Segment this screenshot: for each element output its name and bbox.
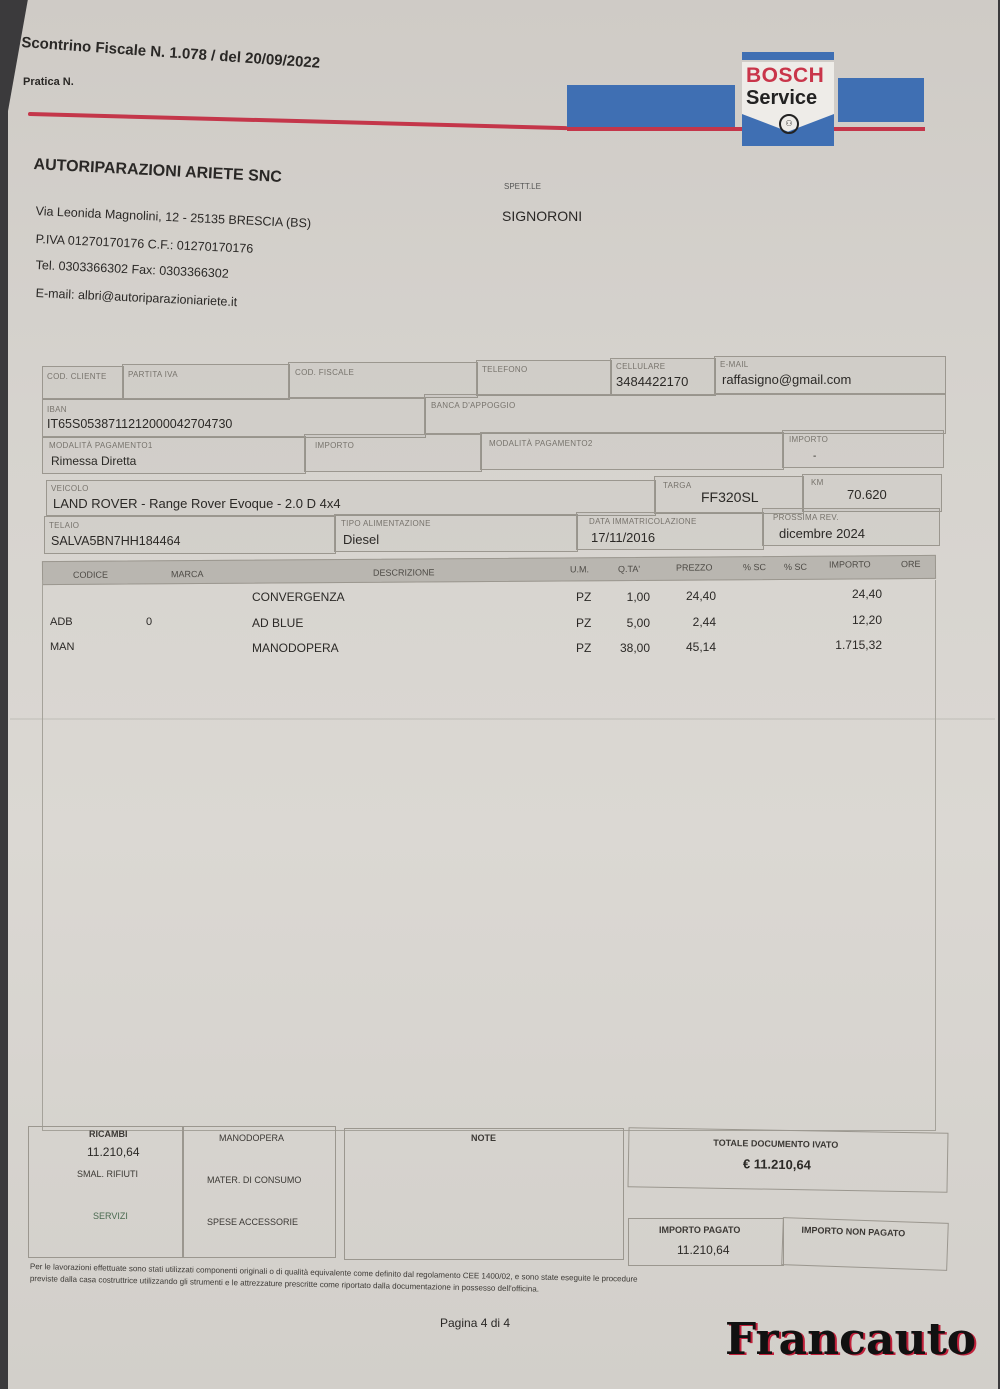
cell-importo: 12,20 [852, 613, 882, 627]
telaio-cell: Telaio SALVA5BN7HH184464 [44, 516, 336, 554]
cell-qta: 1,00 [627, 590, 650, 604]
telefono-cell: Telefono [476, 360, 612, 396]
cell-importo: 1.715,32 [835, 638, 882, 652]
items-body [42, 580, 936, 1131]
targa-value: FF320SL [701, 489, 759, 505]
totale-block: TOTALE DOCUMENTO IVATO € 11.210,64 [628, 1127, 949, 1193]
cell-codice: ADB [50, 616, 73, 628]
cell-importo: 24,40 [852, 587, 882, 601]
cellulare-value: 3484422170 [616, 374, 688, 389]
bosch-service-logo: BOSCH Service ⚇ [742, 52, 834, 146]
header-blue-band-left [567, 85, 735, 129]
note-block: NOTE [344, 1128, 624, 1260]
immatricolazione-value: 17/11/2016 [591, 530, 655, 545]
service-text: Service [746, 87, 817, 110]
revisione-value: dicembre 2024 [779, 526, 865, 541]
importo-pagato-block: IMPORTO PAGATO 11.210,64 [628, 1218, 784, 1266]
veicolo-cell: Veicolo LAND ROVER - Range Rover Evoque … [46, 480, 656, 516]
email-cell: E-mail raffasigno@gmail.com [714, 356, 946, 394]
partita-iva-cell: Partita IVA [122, 364, 290, 400]
importo-1-cell: Importo [304, 434, 482, 472]
cell-qta: 5,00 [627, 616, 650, 630]
email-value: raffasigno@gmail.com [722, 372, 851, 387]
cod-cliente-cell: Cod. Cliente [42, 366, 124, 400]
cell-um: PZ [576, 590, 591, 604]
cell-prezzo: 24,40 [686, 589, 716, 603]
modalita-pagamento-2-cell: Modalità pagamento2 [480, 432, 784, 470]
revisione-cell: Prossima rev. dicembre 2024 [762, 508, 940, 546]
cod-fiscale-cell: Cod. Fiscale [288, 362, 478, 398]
page-number: Pagina 4 di 4 [440, 1316, 510, 1330]
cell-marca: 0 [146, 616, 152, 628]
pratica-label: Pratica N. [23, 76, 74, 88]
cell-descrizione: CONVERGENZA [252, 590, 345, 604]
recipient-label: SPETT.LE [504, 182, 541, 191]
modalita-pagamento-1-value: Rimessa Diretta [51, 454, 136, 468]
car-emblem-icon: ⚇ [779, 114, 799, 134]
recipient-name: SIGNORONI [502, 208, 582, 224]
francauto-watermark: Francauto [725, 1314, 976, 1365]
header-blue-band-right [838, 78, 924, 122]
cell-um: PZ [576, 641, 591, 655]
importo-pagato-value: 11.210,64 [677, 1243, 730, 1257]
veicolo-value: LAND ROVER - Range Rover Evoque - 2.0 D … [53, 496, 341, 511]
km-value: 70.620 [847, 487, 887, 502]
km-cell: KM 70.620 [802, 474, 942, 512]
iban-value: IT65S0538711212000042704730 [47, 417, 232, 431]
cell-prezzo: 2,44 [693, 615, 716, 629]
totale-value: € 11.210,64 [743, 1156, 811, 1172]
importo-non-pagato-block: IMPORTO NON PAGATO [781, 1217, 949, 1271]
alimentazione-value: Diesel [343, 532, 379, 547]
alimentazione-cell: Tipo alimentazione Diesel [334, 514, 578, 552]
manodopera-block: MANODOPERA MATER. DI CONSUMO SPESE ACCES… [182, 1126, 336, 1258]
banca-cell: Banca d'appoggio [424, 394, 946, 434]
ricambi-block: RICAMBI 11.210,64 SMAL. RIFIUTI SERVIZI [28, 1126, 184, 1258]
telaio-value: SALVA5BN7HH184464 [51, 534, 180, 548]
cell-prezzo: 45,14 [686, 640, 716, 654]
cell-descrizione: AD BLUE [252, 616, 303, 630]
cell-um: PZ [576, 616, 591, 630]
cellulare-cell: Cellulare 3484422170 [610, 358, 716, 396]
cell-codice: MAN [50, 641, 74, 653]
modalita-pagamento-1-cell: Modalità pagamento1 Rimessa Diretta [42, 436, 306, 474]
ricambi-value: 11.210,64 [87, 1145, 140, 1159]
bosch-brand-text: BOSCH [746, 64, 824, 88]
cell-descrizione: MANODOPERA [252, 641, 339, 655]
cell-qta: 38,00 [620, 641, 650, 655]
immatricolazione-cell: Data immatricolazione 17/11/2016 [576, 512, 764, 550]
importo-2-cell: Importo - [782, 430, 944, 468]
iban-cell: IBAN IT65S0538711212000042704730 [42, 398, 426, 438]
